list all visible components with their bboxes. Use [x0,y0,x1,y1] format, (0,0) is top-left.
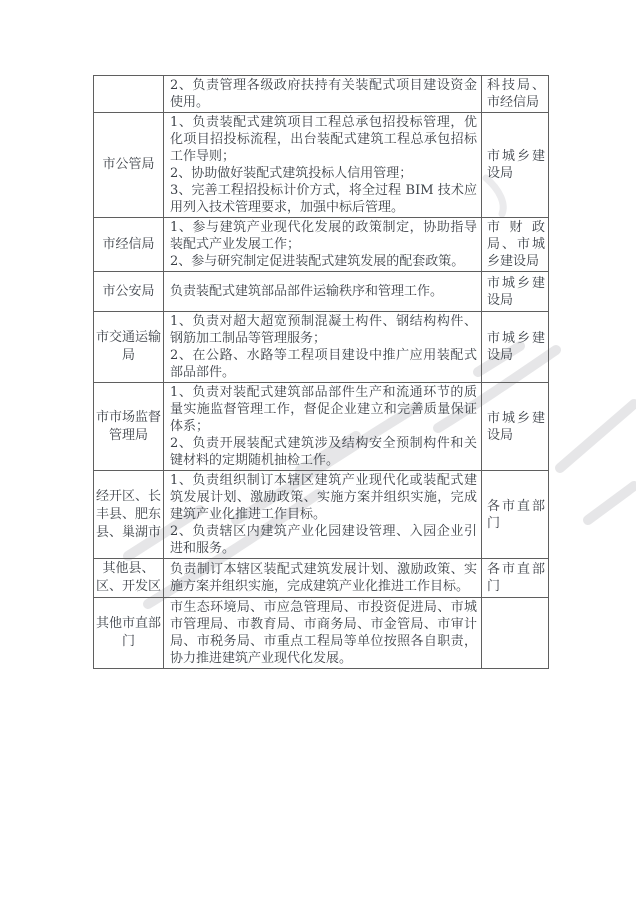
table-row: 市交通运输局1、负责对超大超宽预制混凝土构件、钢结构构件、钢筋加工制品等管理服务… [94,312,549,383]
department-cell: 市交通运输局 [94,312,164,383]
duties-cell: 1、负责对装配式建筑部品部件生产和流通环节的质量实施监督管理工作，督促企业建立和… [164,383,482,471]
department-cell: 市公管局 [94,113,164,218]
duties-cell: 1、负责装配式建筑项目工程总承包招投标管理，优化项目招投标流程，出台装配式建筑工… [164,113,482,218]
responsibilities-table-body: 2、负责管理各级政府扶持有关装配式项目建设资金使用。科技局、市经信局市公管局1、… [94,76,549,669]
duties-cell: 1、负责对超大超宽预制混凝土构件、钢结构构件、钢筋加工制品等管理服务； 2、在公… [164,312,482,383]
department-cell [94,76,164,113]
table-row: 经开区、长丰县、肥东县、巢湖市1、负责组织制订本辖区建筑产业现代化或装配式建筑发… [94,471,549,559]
support-cell: 市城乡建设局 [482,383,549,471]
table-row: 其他市直部门市生态环境局、市应急管理局、市投资促进局、市城市管理局、市教育局、市… [94,598,549,669]
document-page: 2、负责管理各级政府扶持有关装配式项目建设资金使用。科技局、市经信局市公管局1、… [0,0,636,900]
table-row: 其他县、区、开发区负责制订本辖区装配式建筑发展计划、激励政策、实施方案并组织实施… [94,559,549,598]
support-cell: 市城乡建设局 [482,272,549,312]
table-row: 市公管局1、负责装配式建筑项目工程总承包招投标管理，优化项目招投标流程，出台装配… [94,113,549,218]
department-cell: 市公安局 [94,272,164,312]
support-cell: 科技局、市经信局 [482,76,549,113]
duties-cell: 1、负责组织制订本辖区建筑产业现代化或装配式建筑发展计划、激励政策、实施方案并组… [164,471,482,559]
duties-cell: 2、负责管理各级政府扶持有关装配式项目建设资金使用。 [164,76,482,113]
duties-cell: 负责装配式建筑部品部件运输秩序和管理工作。 [164,272,482,312]
duties-cell: 负责制订本辖区装配式建筑发展计划、激励政策、实施方案并组织实施，完成建筑产业化推… [164,559,482,598]
table-row: 市经信局1、参与建筑产业现代化发展的政策制定，协助指导装配式产业发展工作； 2、… [94,218,549,272]
support-cell: 市城乡建设局 [482,312,549,383]
department-cell: 市经信局 [94,218,164,272]
support-cell: 市城乡建设局 [482,113,549,218]
department-cell: 其他县、区、开发区 [94,559,164,598]
support-cell: 市财政局、市城乡建设局 [482,218,549,272]
support-cell [482,598,549,669]
support-cell: 各市直部门 [482,471,549,559]
duties-cell: 市生态环境局、市应急管理局、市投资促进局、市城市管理局、市教育局、市商务局、市金… [164,598,482,669]
duties-cell: 1、参与建筑产业现代化发展的政策制定，协助指导装配式产业发展工作； 2、参与研究… [164,218,482,272]
department-cell: 经开区、长丰县、肥东县、巢湖市 [94,471,164,559]
support-cell: 各市直部门 [482,559,549,598]
department-cell: 其他市直部门 [94,598,164,669]
responsibilities-table: 2、负责管理各级政府扶持有关装配式项目建设资金使用。科技局、市经信局市公管局1、… [93,75,549,669]
table-row: 市市场监督管理局1、负责对装配式建筑部品部件生产和流通环节的质量实施监督管理工作… [94,383,549,471]
table-row: 2、负责管理各级政府扶持有关装配式项目建设资金使用。科技局、市经信局 [94,76,549,113]
table-row: 市公安局负责装配式建筑部品部件运输秩序和管理工作。市城乡建设局 [94,272,549,312]
department-cell: 市市场监督管理局 [94,383,164,471]
